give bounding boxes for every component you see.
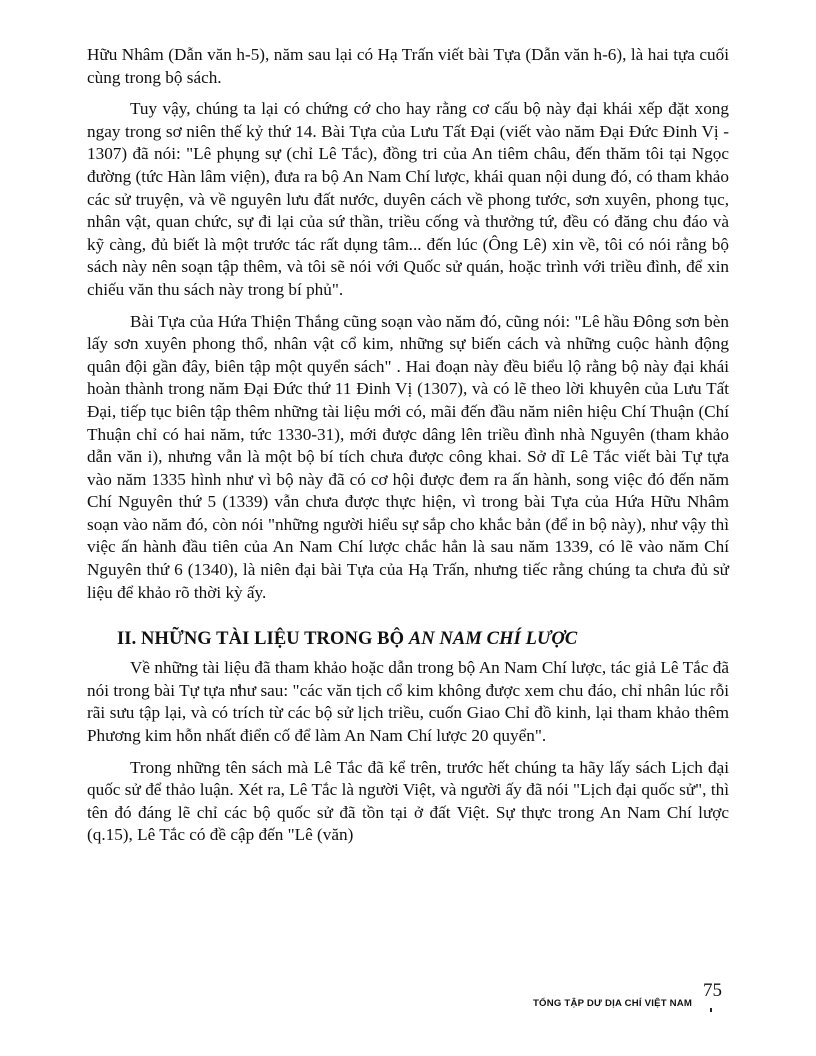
page-number: 75 [703,980,722,1002]
paragraph-evidence-luu-tat-dai: Tuy vậy, chúng ta lại có chứng cớ cho ha… [87,98,729,301]
page-number-tick [710,1008,712,1012]
paragraph-continuation: Hữu Nhâm (Dẫn văn h-5), năm sau lại có H… [87,44,729,89]
section-heading-prefix: II. NHỮNG TÀI LIỆU TRONG BỘ [117,629,409,649]
paragraph-sources: Về những tài liệu đã tham khảo hoặc dẫn … [87,657,729,747]
page-footer: TỔNG TẬP DƯ DỊA CHÍ VIỆT NAM 75 [533,980,733,1020]
section-heading: II. NHỮNG TÀI LIỆU TRONG BỘ AN NAM CHÍ L… [117,627,729,651]
paragraph-hua-thien-thang: Bài Tựa của Hứa Thiện Thắng cũng soạn và… [87,311,729,605]
page-body: Hữu Nhâm (Dẫn văn h-5), năm sau lại có H… [87,44,729,847]
scan-speck [238,686,240,689]
paragraph-lich-dai-quoc-su: Trong những tên sách mà Lê Tắc đã kể trê… [87,757,729,847]
section-heading-book-title: AN NAM CHÍ LƯỢC [409,629,578,649]
footer-book-title: TỔNG TẬP DƯ DỊA CHÍ VIỆT NAM [533,998,692,1009]
